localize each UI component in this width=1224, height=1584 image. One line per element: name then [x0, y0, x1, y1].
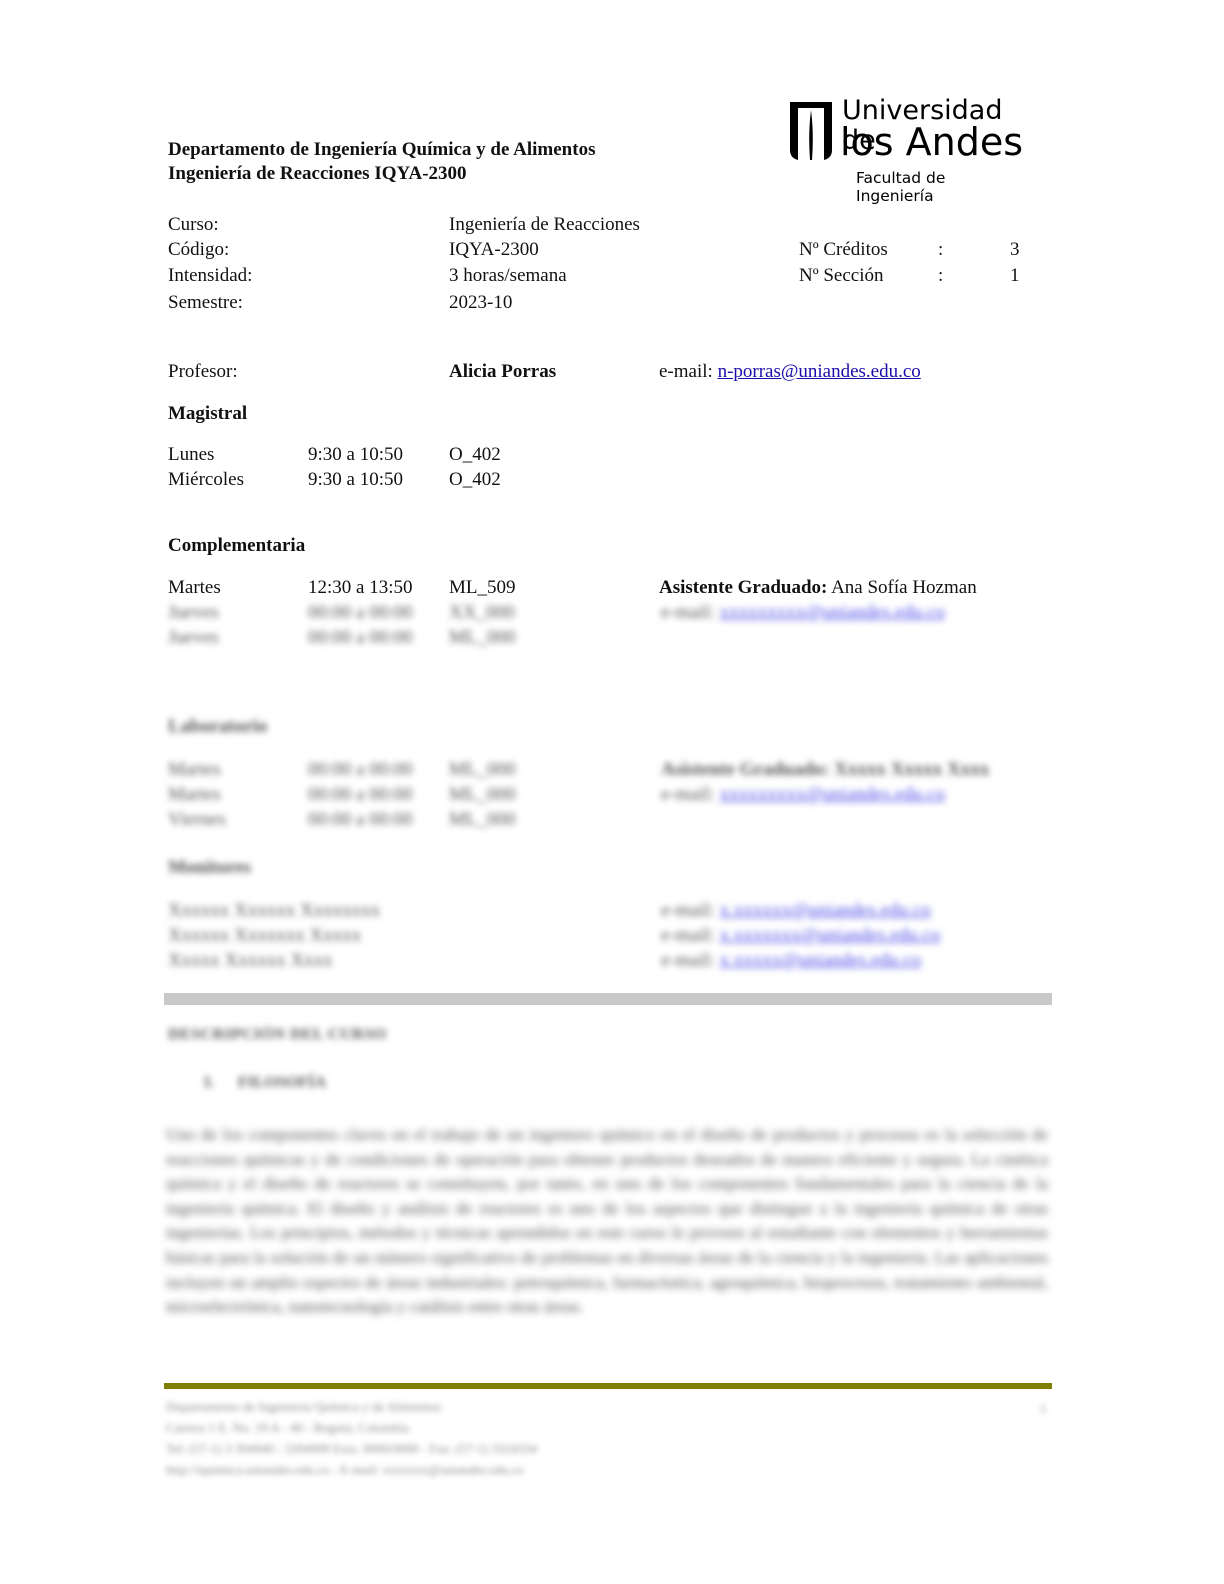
comp-assistant-email-link[interactable]: xxxxxxxxx@uniandes.edu.co	[720, 602, 945, 623]
lab-day-2: Martes	[168, 782, 221, 807]
lab-day-3: Viernes	[168, 807, 226, 832]
comp-day-2: Jueves	[168, 600, 219, 625]
lab-room-2: ML_000	[449, 782, 516, 807]
comp-assistant: Asistente Graduado: Ana Sofía Hozman	[659, 575, 977, 600]
intensity-value: 3 horas/semana	[449, 263, 567, 288]
section-label: Nº Sección	[799, 263, 884, 288]
footer-line-3: Tel: (57-1) 3 394949 - 3394999 Exts. 000…	[166, 1438, 537, 1459]
logo-line-2: los Andes	[840, 122, 1023, 162]
monitor-email-link-2[interactable]: x.xxxxxxx@uniandes.edu.co	[720, 925, 941, 946]
comp-assistant-email-row: e-mail: xxxxxxxxx@uniandes.edu.co	[661, 600, 945, 625]
department-title: Departamento de Ingeniería Química y de …	[168, 137, 595, 162]
magistral-time-2: 9:30 a 10:50	[308, 467, 403, 492]
monitor-email-label-1: e-mail:	[661, 900, 715, 921]
description-heading: DESCRIPCIÓN DEL CURSO	[168, 1026, 387, 1044]
professor-name: Alicia Porras	[449, 359, 556, 384]
lab-time-1: 00:00 a 00:00	[308, 757, 413, 782]
magistral-room-2: O_402	[449, 467, 501, 492]
lab-time-3: 00:00 a 00:00	[308, 807, 413, 832]
course-title: Ingeniería de Reacciones IQYA-2300	[168, 161, 467, 186]
subheading-number: I.	[204, 1074, 214, 1092]
monitor-name-1: Xxxxxx Xxxxxx Xxxxxxxx	[168, 898, 380, 923]
comp-assistant-name: Ana Sofía Hozman	[831, 577, 977, 598]
subheading-philosophy: FILOSOFÍA	[238, 1074, 326, 1092]
course-value: Ingeniería de Reacciones	[449, 212, 640, 237]
footer-block: Departamento de Ingeniería Química y de …	[166, 1396, 537, 1480]
monitores-heading: Monitores	[168, 855, 251, 880]
lab-room-3: ML_000	[449, 807, 516, 832]
logo-line-3: Facultad de Ingeniería	[856, 169, 1026, 205]
comp-time-2: 00:00 a 00:00	[308, 600, 413, 625]
comp-day-3: Jueves	[168, 625, 219, 650]
comp-assistant-email-label: e-mail:	[661, 602, 715, 623]
footer-line-2: Carrera 1 E. No. 19 A - 40 - Bogotá, Col…	[166, 1417, 537, 1438]
comp-room-1: ML_509	[449, 575, 516, 600]
professor-label: Profesor:	[168, 359, 238, 384]
footer-line-4: http://iquimica.uniandes.edu.co - E-mail…	[166, 1459, 537, 1480]
monitor-email-label-2: e-mail:	[661, 925, 715, 946]
monitor-name-2: Xxxxxx Xxxxxxx Xxxxx	[168, 923, 361, 948]
semester-value: 2023-10	[449, 290, 512, 315]
monitor-name-3: Xxxxx Xxxxxx Xxxx	[168, 948, 333, 973]
monitor-email-link-3[interactable]: x.xxxxx@uniandes.edu.co	[720, 950, 922, 971]
section-divider	[164, 993, 1052, 1005]
uniandes-shield-icon	[786, 98, 836, 168]
code-value: IQYA-2300	[449, 237, 539, 262]
code-label: Código:	[168, 237, 229, 262]
semester-label: Semestre:	[168, 290, 243, 315]
monitor-email-row-3: e-mail: x.xxxxx@uniandes.edu.co	[661, 948, 921, 973]
comp-time-3: 00:00 a 00:00	[308, 625, 413, 650]
philosophy-paragraph: Uno de los componentes claves en el trab…	[166, 1123, 1048, 1320]
monitor-email-row-1: e-mail: x.xxxxxx@uniandes.edu.co	[661, 898, 931, 923]
magistral-room-1: O_402	[449, 442, 501, 467]
comp-room-3: ML_000	[449, 625, 516, 650]
comp-time-1: 12:30 a 13:50	[308, 575, 413, 600]
lab-assistant: Asistente Graduado: Xxxxx Xxxxx Xxxx	[661, 757, 989, 782]
lab-assistant-email-row: e-mail: xxxxxxxxx@uniandes.edu.co	[661, 782, 945, 807]
monitor-email-row-2: e-mail: x.xxxxxxx@uniandes.edu.co	[661, 923, 940, 948]
monitor-email-label-3: e-mail:	[661, 950, 715, 971]
page-number: 1	[1040, 1398, 1047, 1419]
lab-room-1: ML_000	[449, 757, 516, 782]
lab-assistant-email-label: e-mail:	[661, 784, 715, 805]
footer-line-1: Departamento de Ingeniería Química y de …	[166, 1396, 537, 1417]
magistral-day-2: Miércoles	[168, 467, 244, 492]
comp-assistant-label: Asistente Graduado:	[659, 577, 827, 598]
section-value: 1	[1010, 263, 1020, 288]
professor-email-row: e-mail: n-porras@uniandes.edu.co	[659, 359, 921, 384]
magistral-heading: Magistral	[168, 401, 247, 426]
intensity-label: Intensidad:	[168, 263, 252, 288]
credits-sep: :	[938, 237, 943, 262]
footer-divider	[164, 1383, 1052, 1389]
university-logo: Universidad de los Andes Facultad de Ing…	[786, 96, 1026, 191]
professor-email-label: e-mail:	[659, 361, 713, 382]
magistral-time-1: 9:30 a 10:50	[308, 442, 403, 467]
course-label: Curso:	[168, 212, 219, 237]
monitor-email-link-1[interactable]: x.xxxxxx@uniandes.edu.co	[720, 900, 931, 921]
laboratorio-heading: Laboratorio	[168, 714, 267, 739]
comp-room-2: XX_000	[449, 600, 514, 625]
lab-day-1: Martes	[168, 757, 221, 782]
lab-assistant-email-link[interactable]: xxxxxxxxx@uniandes.edu.co	[720, 784, 945, 805]
professor-email-link[interactable]: n-porras@uniandes.edu.co	[718, 361, 921, 382]
credits-label: Nº Créditos	[799, 237, 888, 262]
lab-time-2: 00:00 a 00:00	[308, 782, 413, 807]
section-sep: :	[938, 263, 943, 288]
comp-day-1: Martes	[168, 575, 221, 600]
complementaria-heading: Complementaria	[168, 533, 305, 558]
magistral-day-1: Lunes	[168, 442, 214, 467]
credits-value: 3	[1010, 237, 1020, 262]
